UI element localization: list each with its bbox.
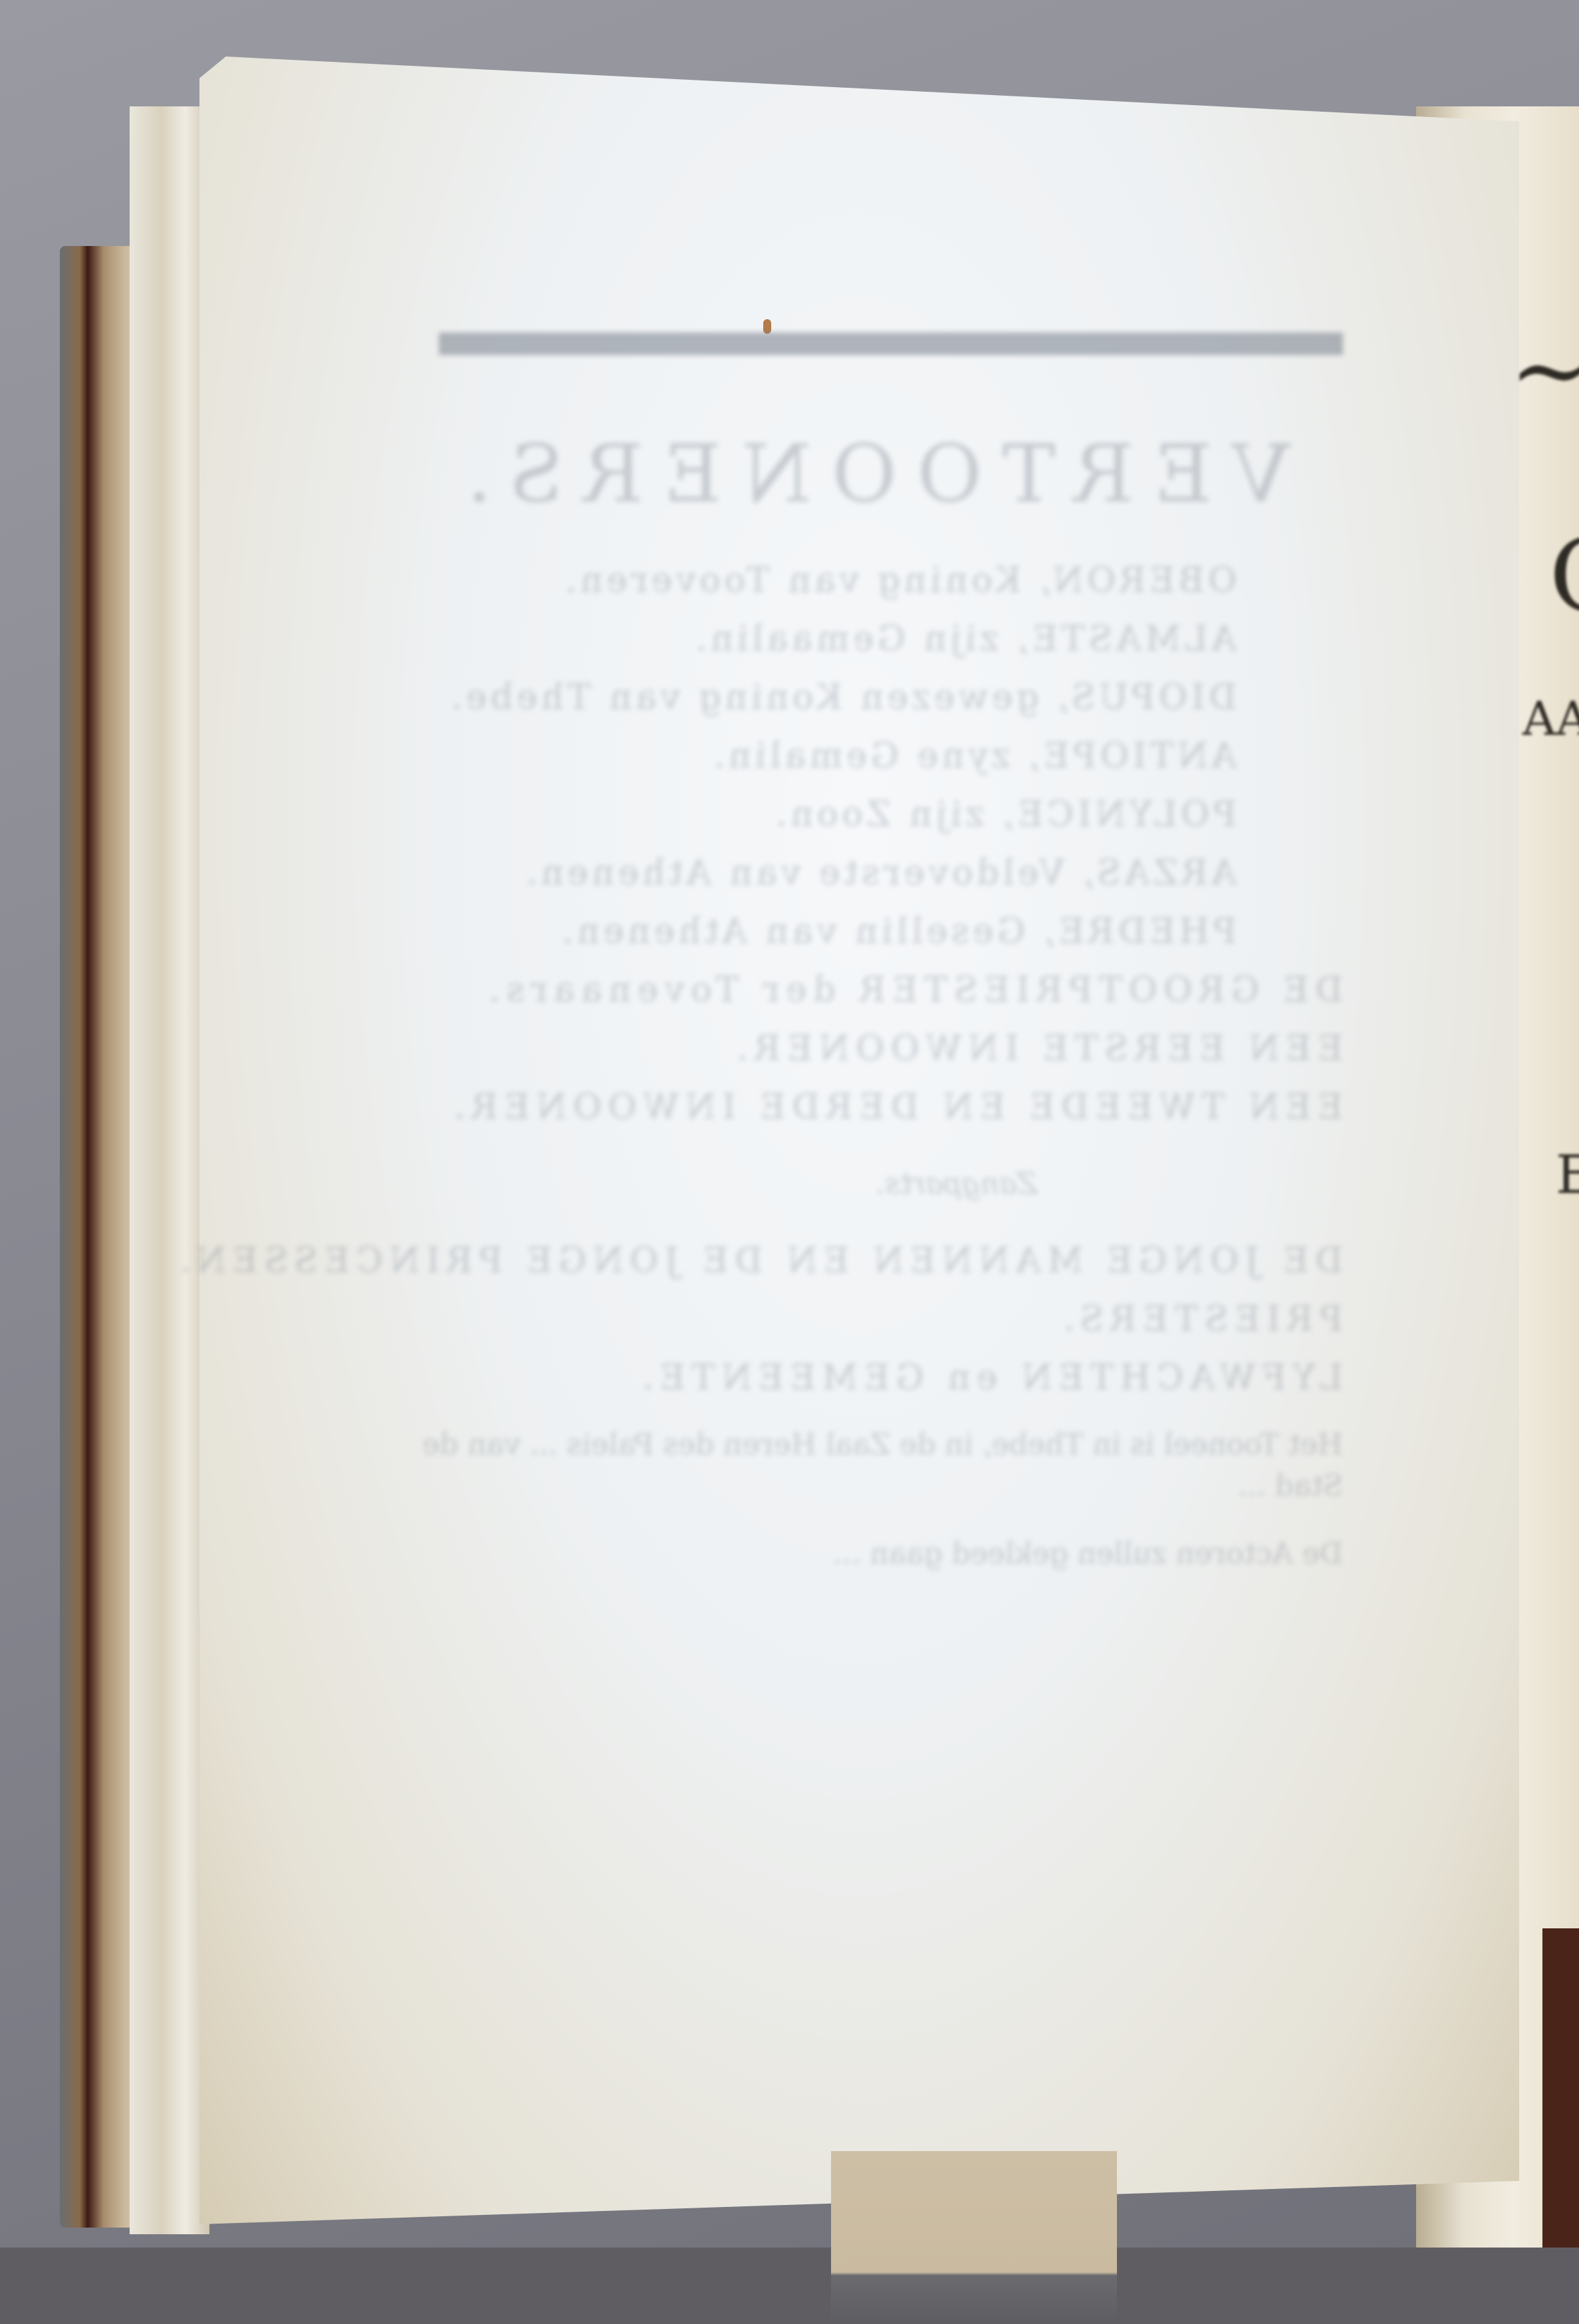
cast-title: VERTOONERS. xyxy=(346,428,1290,521)
cast-line: ARZAS, Veldoverste van Athenen. xyxy=(346,853,1237,893)
subheading: Zangparts. xyxy=(346,1167,1037,1201)
table-surface xyxy=(0,2248,1579,2324)
blur-patch xyxy=(831,2151,1117,2324)
cast-line: POLYNICE, zijn Zoon. xyxy=(346,795,1237,835)
right-page-glyph: E xyxy=(1556,1144,1579,1206)
stage-paragraph: De Actoren zullen gekleed gaan ... xyxy=(346,1533,1343,1575)
cast-line: EEN EERSTE INWOONER. xyxy=(346,1029,1343,1069)
cast-line: PHEDRE, Gesellin van Athenen. xyxy=(346,912,1237,952)
stage-paragraph: Het Tooneel is in Thebe, in de Zaal Here… xyxy=(346,1424,1343,1507)
ornament-glyph: ~ xyxy=(1509,313,1579,428)
extra-line: PRIESTERS. xyxy=(346,1299,1343,1339)
bleed-through-text: VERTOONERS. OBERON, Koning van Tooveren.… xyxy=(346,332,1343,1575)
right-page-glyph: AA xyxy=(1522,692,1579,746)
extra-line: DE JONGE MANNEN EN DE JONGE PRINCESSEN. xyxy=(346,1241,1343,1281)
cast-line: ALMASTE, zijn Gemaalin. xyxy=(346,619,1237,659)
cast-line: DE GROOTPRIESTER der Tovenaars. xyxy=(346,970,1343,1010)
cast-line: DIOPUS, gewezen Koning van Thebe. xyxy=(346,678,1237,717)
page-edges xyxy=(130,106,209,2234)
foxing-spot xyxy=(763,319,771,334)
header-rule xyxy=(439,332,1343,355)
book-spine xyxy=(60,246,140,2228)
extra-line: LYFWACHTEN en GEMEENTE. xyxy=(346,1358,1343,1398)
right-page-glyph: C xyxy=(1549,519,1579,634)
cast-line: ANTIOPE, zyne Gemalin. xyxy=(346,736,1237,776)
cast-line: OBERON, Koning van Tooveren. xyxy=(346,561,1237,600)
cast-line: EEN TWEEDE EN DERDE INWOONER. xyxy=(346,1087,1343,1127)
